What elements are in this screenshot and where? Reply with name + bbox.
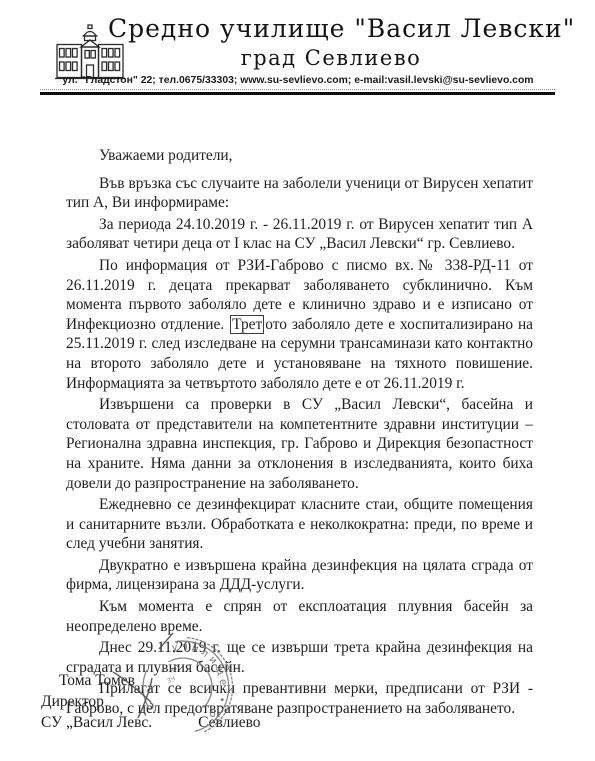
school-name: Средно училище "Васил Левски" <box>108 14 554 43</box>
paragraph-text: За периода 24.10.2019 г. - 26.11.2019 г.… <box>66 216 533 253</box>
paragraph-text: Двукратно е извършена крайна дезинфекция… <box>66 557 533 594</box>
city-line: град Севлиево <box>108 46 554 70</box>
letter-body: Уважаеми родители, Във връзка със случаи… <box>66 146 533 721</box>
signatory-org: СУ „Васил Левс.Севлиево <box>41 712 261 733</box>
paragraph: Двукратно е извършена крайна дезинфекция… <box>66 556 533 595</box>
paragraph: Извършени са проверки в СУ „Васил Левски… <box>66 395 533 493</box>
boxed-word: Трет <box>230 315 264 334</box>
paragraph-text: Към момента е спрян от експлоатация плув… <box>66 598 533 635</box>
org-right: Севлиево <box>198 714 260 731</box>
paragraph: Във връзка със случаите на заболели учен… <box>66 174 533 213</box>
paragraph-text: Извършени са проверки в СУ „Васил Левски… <box>66 396 533 491</box>
paragraphs-container: Във връзка със случаите на заболели учен… <box>66 174 533 719</box>
paragraph: По информация от РЗИ-Габрово с писмо вх.… <box>66 256 533 393</box>
paragraph-text: Във връзка със случаите на заболели учен… <box>66 175 533 212</box>
contact-line: ул. "Гладстон" 22; тел.0675/33303; www.s… <box>42 75 554 86</box>
paragraph: Ежедневно се дезинфекцират класните стаи… <box>66 495 533 554</box>
signatory-title: Директор <box>41 691 261 712</box>
signatory-name: Тома Томев <box>59 670 261 691</box>
paragraph: За периода 24.10.2019 г. - 26.11.2019 г.… <box>66 215 533 254</box>
salutation: Уважаеми родители, <box>66 146 533 166</box>
document-page: Средно училище "Васил Левски" град Севли… <box>0 0 595 761</box>
paragraph: Към момента е спрян от експлоатация плув… <box>66 597 533 636</box>
paragraph-text: Ежедневно се дезинфекцират класните стаи… <box>66 496 533 552</box>
separator-thick-line <box>40 92 555 95</box>
org-left: СУ „Васил Левс. <box>41 714 152 731</box>
separator-dotted-line <box>40 89 555 90</box>
signature-block: Тома Томев Директор СУ „Васил Левс.Севли… <box>41 670 261 733</box>
letterhead: Средно училище "Васил Левски" град Севли… <box>108 14 554 70</box>
